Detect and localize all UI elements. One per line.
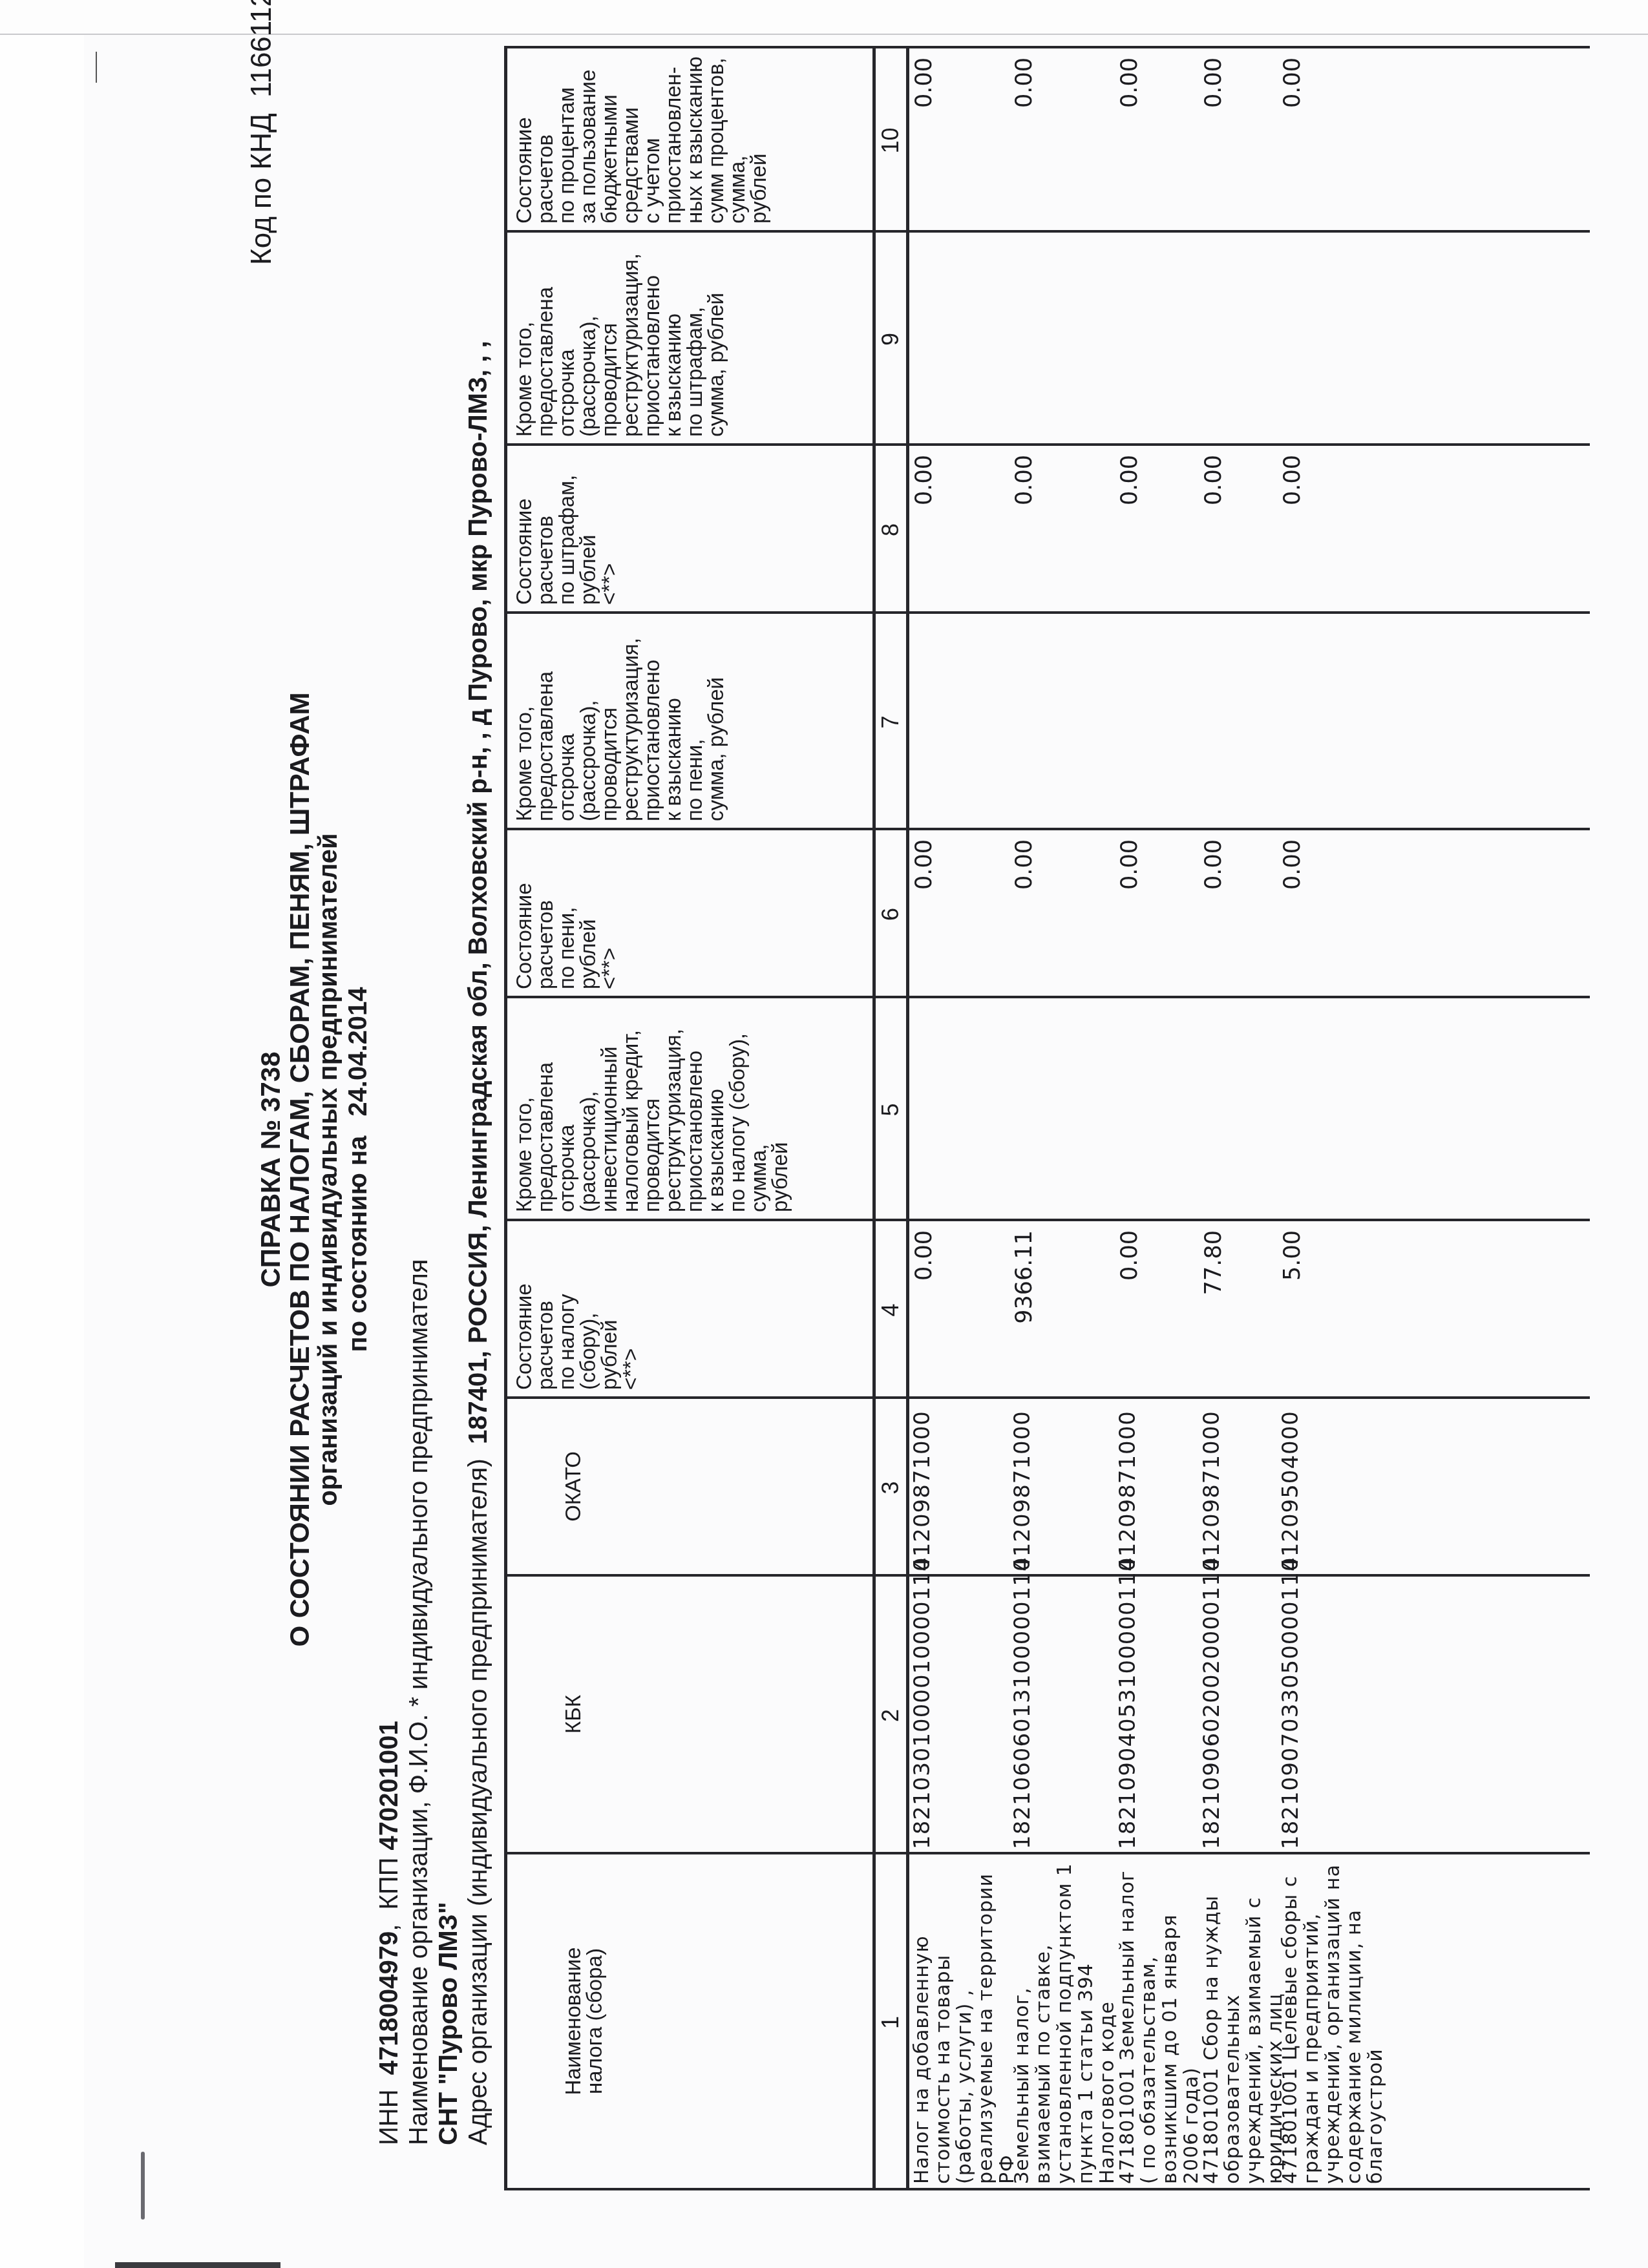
column-header: Состояние расчетов по штрафам, рублей <*… [513,452,620,605]
column-number: 3 [877,1399,904,1577]
column-header: Кроме того, предоставлена отсрочка (расс… [513,239,726,437]
amount-tax: 5.00 [1280,1230,1305,1399]
amount-interest: 0.00 [1011,58,1037,233]
column-header: Состояние расчетов по пени, рублей <**> [513,837,620,989]
amount-tax: 9366.11 [1011,1230,1037,1399]
okato-code: 41209504000 [1280,1402,1302,1571]
column-header: ОКАТО [562,1405,584,1568]
column-header: Наименование налога (сбора) [562,1861,605,2181]
column-border [504,2188,1590,2190]
column-number: 4 [877,1221,904,1399]
okato-code: 41209871000 [1117,1402,1139,1571]
tax-name: Налог на добавленную стоимость на товары… [911,1858,1018,2184]
amount-interest: 0.00 [911,58,937,233]
column-border [504,46,1590,48]
column-border [504,611,1590,614]
column-border [504,1852,1590,1854]
kbk-code: 18210301000010000110 [911,1579,934,1849]
okato-code: 41209871000 [1011,1402,1034,1571]
amount-penalty: 0.00 [1280,839,1305,998]
column-number: 9 [877,233,904,446]
column-border [504,230,1590,233]
column-border [504,828,1590,830]
table-top-border [504,48,507,2190]
column-number: 1 [877,1854,904,2190]
column-number: 8 [877,446,904,614]
tax-name: 471801001 Целевые сборы с граждан и пред… [1280,1858,1386,2184]
amount-fine: 0.00 [1280,455,1305,614]
column-number: 5 [877,998,904,1221]
column-border [504,1574,1590,1577]
amount-interest: 0.00 [1280,58,1305,233]
column-header: Состояние расчетов по процентам за польз… [513,55,769,224]
tax-name: 471801001 Земельный налог ( по обязатель… [1117,1858,1202,2184]
column-header: КБК [562,1583,584,1845]
amount-tax: 0.00 [1117,1230,1143,1399]
kbk-code: 18210907033050000110 [1280,1579,1302,1849]
amount-fine: 0.00 [1011,455,1037,614]
column-number: 6 [877,830,904,998]
column-header: Кроме того, предоставлена отсрочка (расс… [513,620,726,821]
amount-fine: 0.00 [1117,455,1143,614]
tax-name: 471801001 Сбор на нужды образовательных … [1201,1858,1286,2184]
tax-name: Земельный налог, взимаемый по ставке, ус… [1011,1858,1118,2184]
column-border [504,1219,1590,1221]
amount-penalty: 0.00 [1201,839,1227,998]
amount-interest: 0.00 [1201,58,1227,233]
amount-tax: 77.80 [1201,1230,1227,1399]
amount-fine: 0.00 [1201,455,1227,614]
amount-penalty: 0.00 [1117,839,1143,998]
kbk-code: 18210906020020000110 [1201,1579,1223,1849]
settlement-table: Наименование налога (сбора)1КБК2ОКАТО3Со… [0,0,1648,2268]
column-header: Кроме того, предоставлена отсрочка (расс… [513,1005,790,1212]
column-border [504,443,1590,446]
kbk-code: 18210606013100000110 [1011,1579,1034,1849]
column-number: 7 [877,614,904,830]
column-border [504,1396,1590,1399]
amount-interest: 0.00 [1117,58,1143,233]
okato-code: 41209871000 [1201,1402,1223,1571]
amount-fine: 0.00 [911,455,937,614]
column-number: 10 [877,48,904,233]
amount-penalty: 0.00 [1011,839,1037,998]
amount-penalty: 0.00 [911,839,937,998]
header-divider [872,48,876,2190]
okato-code: 41209871000 [911,1402,934,1571]
number-row-divider [906,48,909,2190]
column-number: 2 [877,1577,904,1854]
amount-tax: 0.00 [911,1230,937,1399]
column-header: Состояние расчетов по налогу (сбору), ру… [513,1228,641,1390]
tax-certificate-page: Код по КНД 1166112 СПРАВКА № 3738 О СОСТ… [0,0,1648,2268]
kbk-code: 18210904053100000110 [1117,1579,1139,1849]
column-border [504,996,1590,998]
